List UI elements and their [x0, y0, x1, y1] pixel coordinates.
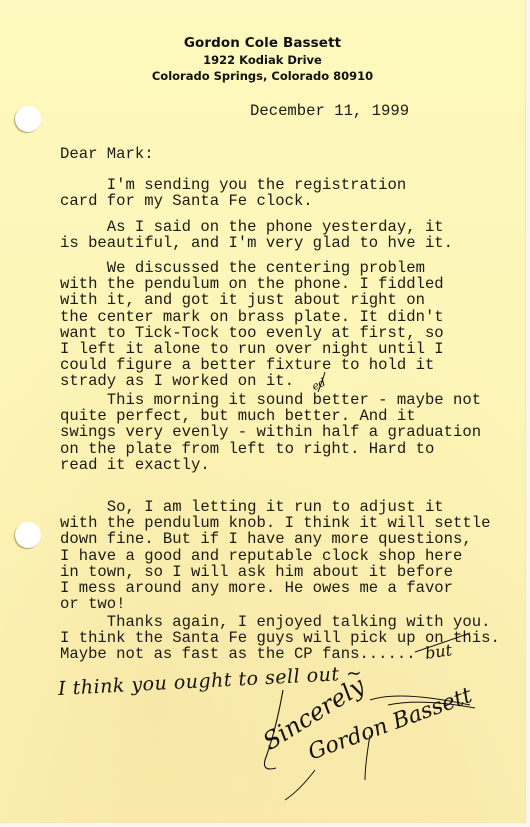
paragraph-centering: We discussed the centering problem with … — [60, 260, 444, 390]
paragraph-adjust: So, I am letting it run to adjust it wit… — [60, 499, 490, 612]
punch-hole-icon — [15, 522, 41, 548]
punch-hole-icon — [15, 106, 41, 132]
paragraph-morning: This morning it sound better - maybe not… — [60, 392, 481, 473]
letter-page: Gordon Cole Bassett 1922 Kodiak Drive Co… — [0, 0, 526, 823]
paragraph-registration: I'm sending you the registration card fo… — [60, 177, 406, 209]
letter-date: December 11, 1999 — [250, 103, 409, 119]
paragraph-beautiful: As I said on the phone yesterday, it is … — [60, 219, 453, 251]
handwritten-but: but — [424, 640, 453, 663]
salutation: Dear Mark: — [60, 146, 154, 162]
letterhead-name: Gordon Cole Bassett — [0, 35, 525, 51]
letterhead-street: 1922 Kodiak Drive — [0, 53, 525, 67]
letterhead-city: Colorado Springs, Colorado 80910 — [0, 69, 525, 83]
